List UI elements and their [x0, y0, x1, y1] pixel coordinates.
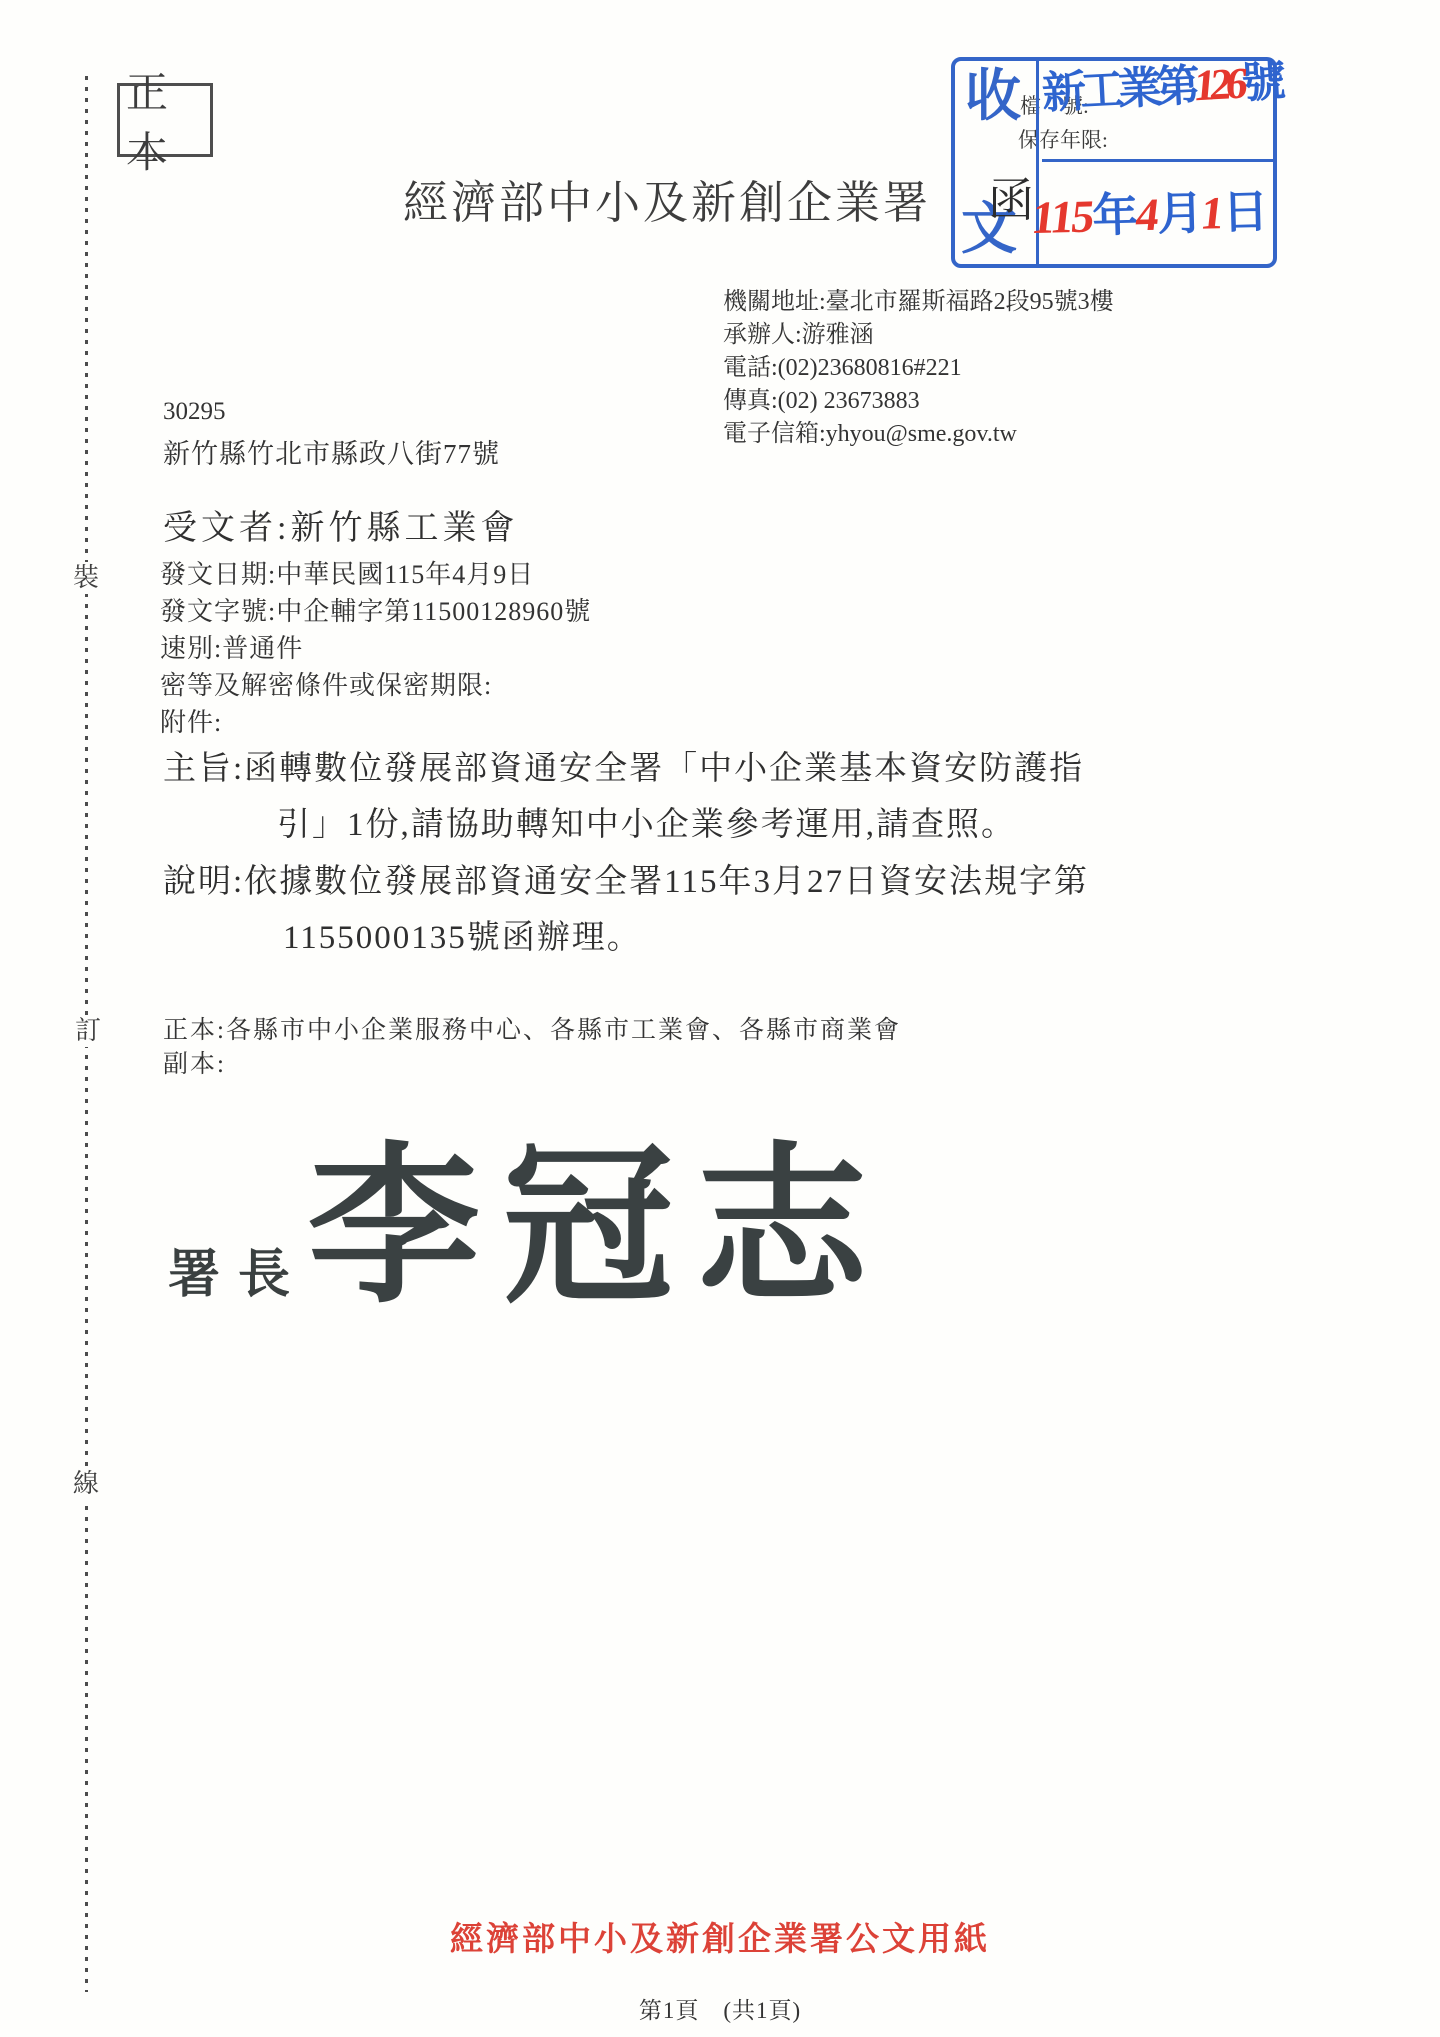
meta-doc-number: 發文字號:中企輔字第11500128960號	[160, 593, 591, 630]
recipient-postal-code: 30295	[163, 398, 226, 426]
binding-char-xian: 線	[72, 1468, 100, 1500]
document-meta-block: 發文日期:中華民國115年4月9日 發文字號:中企輔字第11500128960號…	[160, 556, 591, 741]
binding-char-zhuang: 裝	[72, 562, 100, 594]
recipient-address: 新竹縣竹北市縣政八街77號	[163, 432, 500, 471]
receive-number-suffix: 號	[1241, 57, 1282, 108]
binding-char-ding: 訂	[74, 1015, 102, 1047]
copy-type-badge: 正本	[117, 83, 213, 157]
agency-contact-block: 機關地址:臺北市羅斯福路2段95號3樓 承辦人:游雅涵 電話:(02)23680…	[723, 286, 1114, 451]
signer-name-signature: 李冠志	[308, 1135, 890, 1324]
receive-date-day-unit: 日	[1222, 186, 1267, 238]
description-line-2: 1155000135號函辦理。	[283, 911, 642, 958]
receive-number-value: 126	[1192, 60, 1244, 111]
doc-type-char: 函	[988, 164, 1034, 230]
description-line-1: 說明:依據數位發展部資通安全署115年3月27日資安法規字第	[163, 855, 1089, 902]
document-page: 裝 訂 線 正本 經濟部中小及新創企業署 函 檔 號: 保存年限: 收 文 新工…	[0, 0, 1440, 2037]
subject-line-2: 引」1份,請協助轉知中小企業參考運用,請查照。	[277, 798, 1016, 845]
signer-title: 署長	[168, 1232, 308, 1307]
subject-line-1: 主旨:函轉數位發展部資通安全署「中小企業基本資安防護指	[163, 742, 1084, 789]
receive-date-day: 1	[1199, 188, 1226, 239]
agency-title: 經濟部中小及新創企業署	[403, 166, 931, 231]
receipt-stamp-left-column: 收 文	[955, 61, 1039, 264]
receive-date-month: 4	[1134, 190, 1161, 241]
page-number: 第1頁 (共1頁)	[0, 1992, 1440, 2025]
meta-security: 密等及解密條件或保密期限:	[160, 667, 591, 704]
meta-attachment: 附件:	[160, 704, 591, 741]
handwritten-receive-date: 115年4月1日	[1031, 187, 1267, 244]
stamp-received-char-top: 收	[965, 69, 1021, 125]
contact-phone: 電話:(02)23680816#221	[723, 352, 1114, 385]
recipient-line: 受文者:新竹縣工業會	[163, 500, 518, 549]
meta-issue-date: 發文日期:中華民國115年4月9日	[160, 556, 591, 593]
receive-number-prefix: 新工業第	[1041, 61, 1195, 118]
distribution-block: 正本:各縣市中小企業服務中心、各縣市工業會、各縣市商業會 副本:	[163, 1014, 901, 1082]
receive-date-month-unit: 月	[1157, 188, 1202, 240]
receive-date-year: 115	[1029, 191, 1095, 243]
contact-fax: 傳真:(02) 23673883	[723, 385, 1114, 418]
contact-address: 機關地址:臺北市羅斯福路2段95號3樓	[723, 286, 1114, 319]
official-paper-label: 經濟部中小及新創企業署公文用紙	[0, 1913, 1440, 1960]
meta-speed: 速別:普通件	[160, 630, 591, 667]
distribution-original: 正本:各縣市中小企業服務中心、各縣市工業會、各縣市商業會	[163, 1014, 901, 1048]
distribution-copy: 副本:	[163, 1048, 901, 1082]
contact-person: 承辦人:游雅涵	[723, 319, 1114, 352]
receive-date-year-unit: 年	[1092, 189, 1137, 241]
contact-email: 電子信箱:yhyou@sme.gov.tw	[723, 418, 1114, 451]
